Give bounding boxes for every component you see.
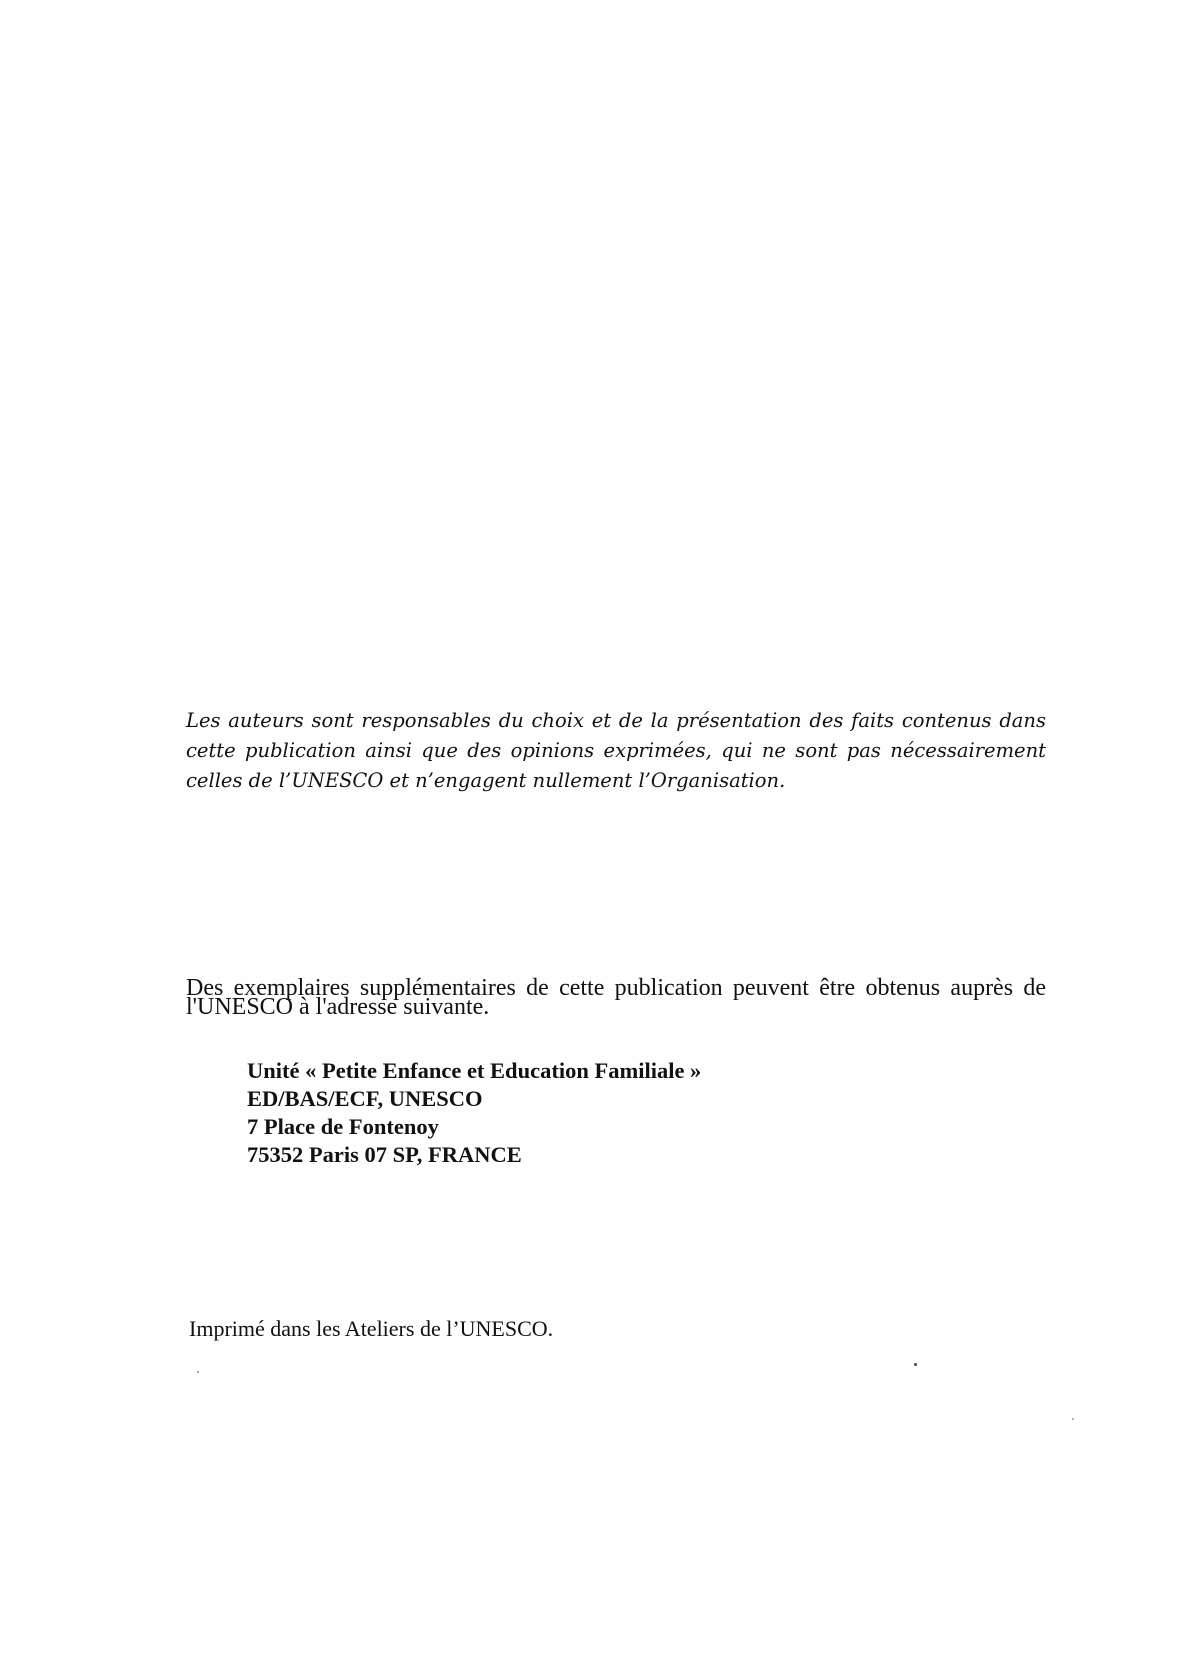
- address-unit: Unité « Petite Enfance et Education Fami…: [247, 1057, 701, 1085]
- printed-notice: Imprimé dans les Ateliers de l’UNESCO.: [189, 1316, 553, 1342]
- disclaimer-paragraph: Les auteurs sont responsables du choix e…: [186, 706, 1046, 796]
- document-page: Les auteurs sont responsables du choix e…: [0, 0, 1190, 1663]
- address-street: 7 Place de Fontenoy: [247, 1113, 701, 1141]
- postal-address: Unité « Petite Enfance et Education Fami…: [247, 1057, 701, 1169]
- disclaimer-line: celles de l’UNESCO et n’engagent nulleme…: [186, 766, 1046, 796]
- scan-speck: [197, 1371, 199, 1373]
- address-city: 75352 Paris 07 SP, FRANCE: [247, 1141, 701, 1169]
- scan-speck: [1072, 1418, 1074, 1420]
- address-department: ED/BAS/ECF, UNESCO: [247, 1085, 701, 1113]
- disclaimer-line: cette publication ainsi que des opinions…: [186, 736, 1046, 766]
- disclaimer-line: Les auteurs sont responsables du choix e…: [186, 706, 1046, 736]
- copies-notice-paragraph: Des exemplaires supplémentaires de cette…: [186, 979, 1046, 1017]
- scan-speck: [914, 1363, 917, 1366]
